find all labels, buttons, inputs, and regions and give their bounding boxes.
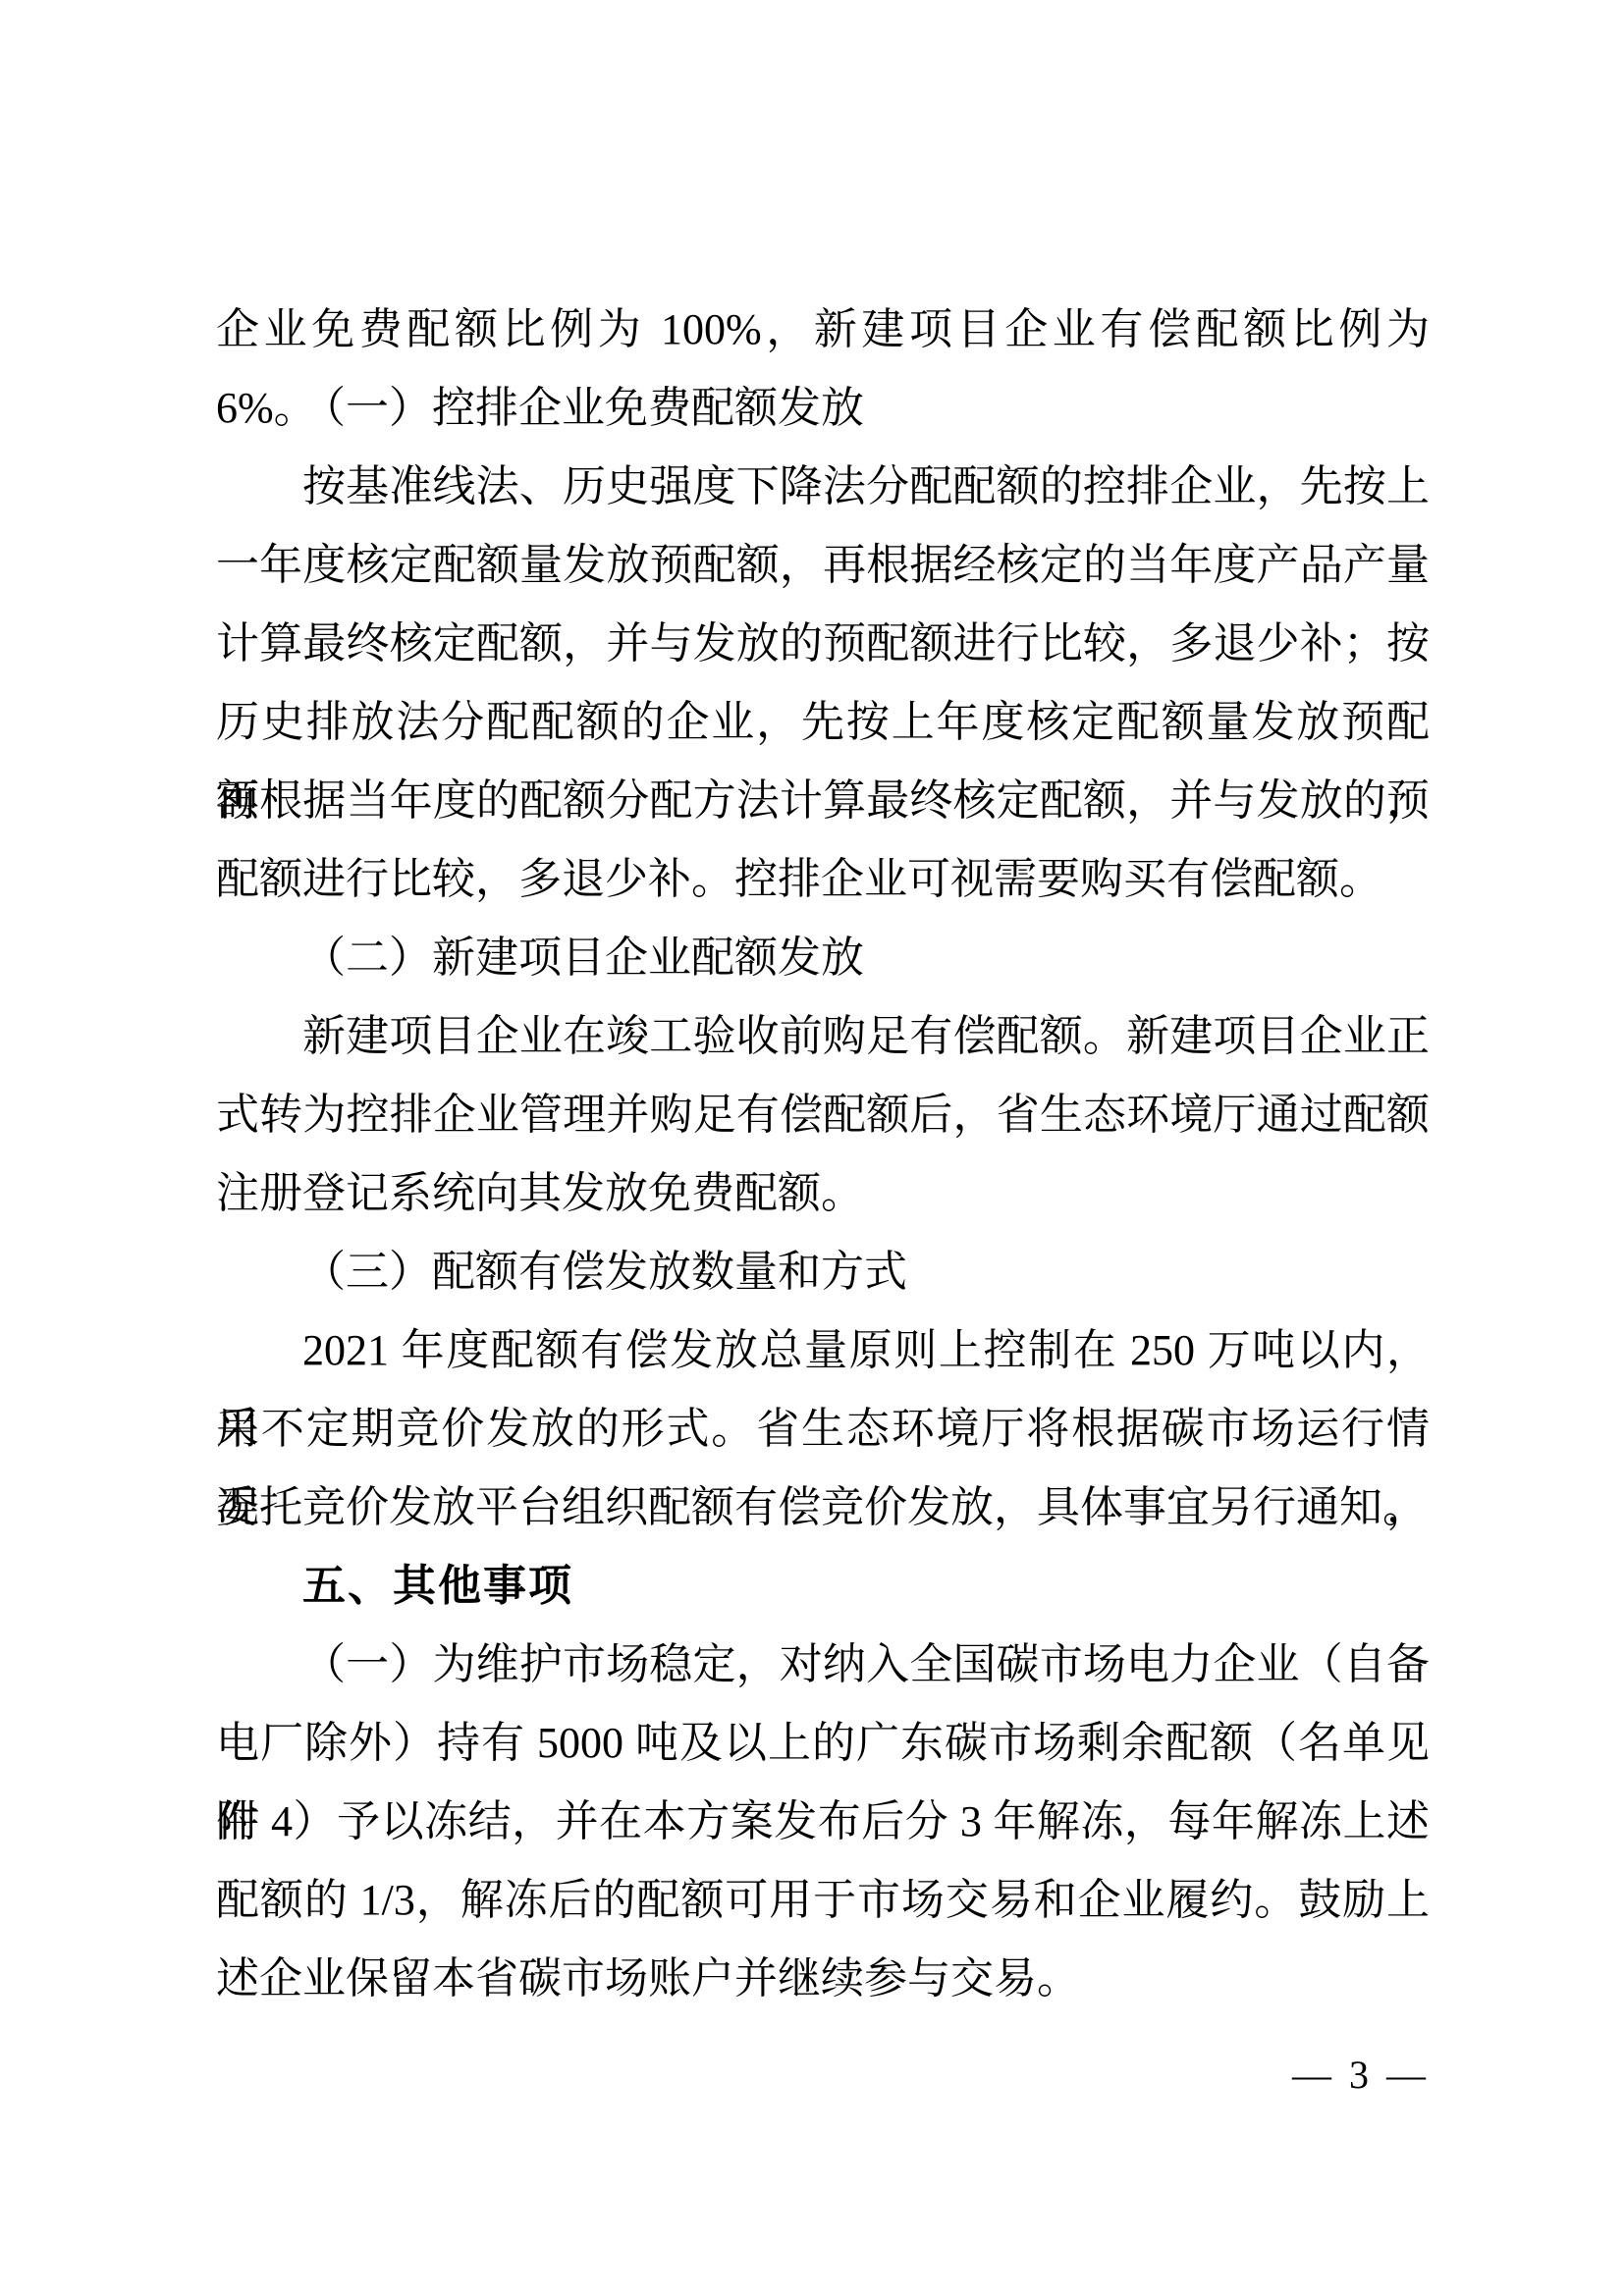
body-line: 再根据当年度的配额分配方法计算最终核定配额，并与发放的预 — [216, 762, 1430, 840]
body-line: 用不定期竞价发放的形式。省生态环境厅将根据碳市场运行情况， — [216, 1390, 1430, 1468]
body-line: 述企业保留本省碳市场账户并继续参与交易。 — [216, 1940, 1430, 2018]
body-line: 配额进行比较，多退少补。控排企业可视需要购买有偿配额。 — [216, 840, 1430, 919]
body-line: 一年度核定配额量发放预配额，再根据经核定的当年度产品产量 — [216, 526, 1430, 605]
body-line: 电厂除外）持有 5000 吨及以上的广东碳市场剩余配额（名单见附 — [216, 1704, 1430, 1783]
body-line: 件 4）予以冻结，并在本方案发布后分 3 年解冻，每年解冻上述 — [216, 1783, 1430, 1861]
section-heading-3: （三）配额有偿发放数量和方式 — [216, 1233, 1430, 1311]
document-page: 企业免费配额比例为 100%，新建项目企业有偿配额比例为 6%。 （一）控排企业… — [0, 0, 1624, 2296]
body-line: 企业免费配额比例为 100%，新建项目企业有偿配额比例为 6%。 — [216, 291, 1430, 369]
body-line: 配额的 1/3，解冻后的配额可用于市场交易和企业履约。鼓励上 — [216, 1861, 1430, 1940]
section-heading-other-matters: 五、其他事项 — [216, 1547, 1430, 1626]
body-line: 按基准线法、历史强度下降法分配配额的控排企业，先按上 — [216, 448, 1430, 526]
body-line: 注册登记系统向其发放免费配额。 — [216, 1154, 1430, 1233]
document-body: 企业免费配额比例为 100%，新建项目企业有偿配额比例为 6%。 （一）控排企业… — [216, 291, 1430, 2018]
body-line: 新建项目企业在竣工验收前购足有偿配额。新建项目企业正 — [216, 997, 1430, 1076]
body-line: （一）为维护市场稳定，对纳入全国碳市场电力企业（自备 — [216, 1626, 1430, 1704]
section-heading-1: （一）控排企业免费配额发放 — [216, 369, 1430, 448]
page-number: — 3 — — [216, 2048, 1430, 2103]
body-line: 2021 年度配额有偿发放总量原则上控制在 250 万吨以内，采 — [216, 1311, 1430, 1390]
body-line: 历史排放法分配配额的企业，先按上年度核定配额量发放预配额， — [216, 683, 1430, 762]
body-line: 委托竞价发放平台组织配额有偿竞价发放，具体事宜另行通知。 — [216, 1468, 1430, 1547]
body-line: 式转为控排企业管理并购足有偿配额后，省生态环境厅通过配额 — [216, 1076, 1430, 1154]
section-heading-2: （二）新建项目企业配额发放 — [216, 919, 1430, 997]
body-line: 计算最终核定配额，并与发放的预配额进行比较，多退少补；按 — [216, 605, 1430, 683]
